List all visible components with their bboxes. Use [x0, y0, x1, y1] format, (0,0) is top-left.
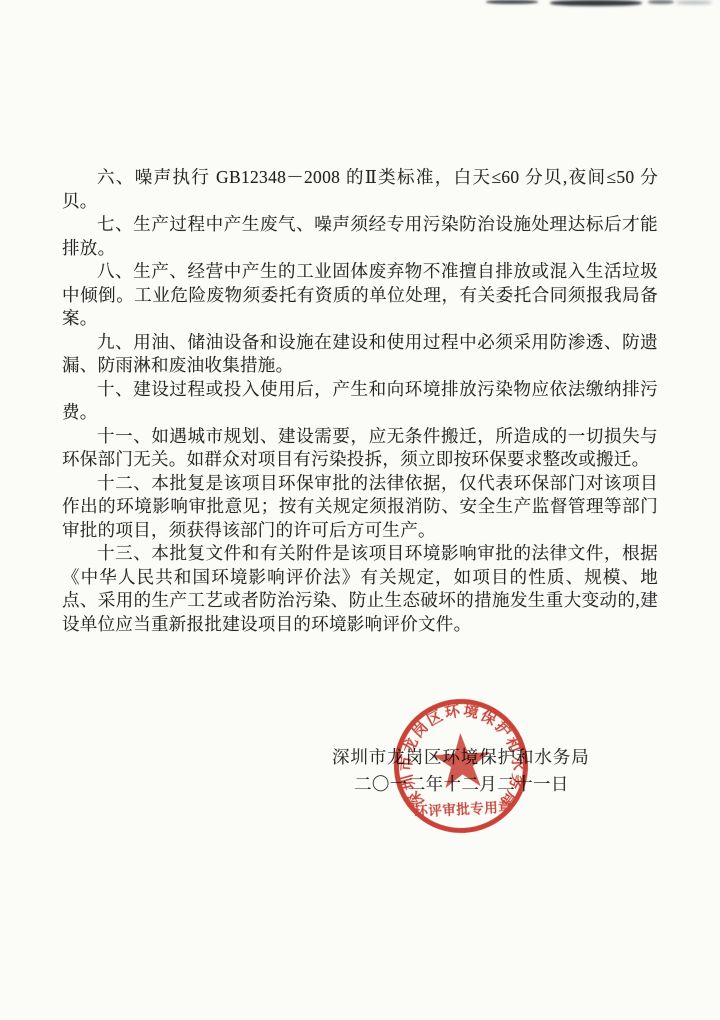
clause-7: 七、生产过程中产生废气、噪声须经专用污染防治设施处理达标后才能排放。 — [62, 213, 658, 260]
clause-9: 九、用油、储油设备和设施在建设和使用过程中必须采用防渗透、防遗漏、防雨淋和废油收… — [62, 331, 658, 378]
clause-8: 八、生产、经营中产生的工业固体废弃物不准擅自排放或混入生活垃圾中倾倒。工业危险废… — [62, 260, 658, 331]
clause-6: 六、噪声执行 GB12348－2008 的Ⅱ类标准，白天≤60 分贝,夜间≤50… — [62, 166, 658, 213]
document-body: 六、噪声执行 GB12348－2008 的Ⅱ类标准，白天≤60 分贝,夜间≤50… — [62, 166, 658, 636]
scan-smudge — [486, 0, 538, 4]
document-page: 六、噪声执行 GB12348－2008 的Ⅱ类标准，白天≤60 分贝,夜间≤50… — [0, 0, 720, 1020]
clause-11: 十一、如遇城市规划、建设需要，应无条件搬迁，所造成的一切损失与环保部门无关。如群… — [62, 425, 658, 472]
clause-13: 十三、本批复文件和有关附件是该项目环境影响审批的法律文件，根据《中华人民共和国环… — [62, 542, 658, 636]
scan-smudge — [648, 0, 674, 4]
official-seal: 深圳市龙岗区环境保护和水务局 环评审批专用章 — [388, 693, 533, 838]
clause-10: 十、建设过程或投入使用后，产生和向环境排放污染物应依法缴纳排污费。 — [62, 378, 658, 425]
clause-12: 十二、本批复是该项目环保审批的法律依据，仅代表环保部门对该项目作出的环境影响审批… — [62, 472, 658, 543]
seal-star-icon — [432, 732, 492, 789]
scan-smudge — [550, 0, 642, 6]
scan-smudge — [676, 1, 712, 4]
